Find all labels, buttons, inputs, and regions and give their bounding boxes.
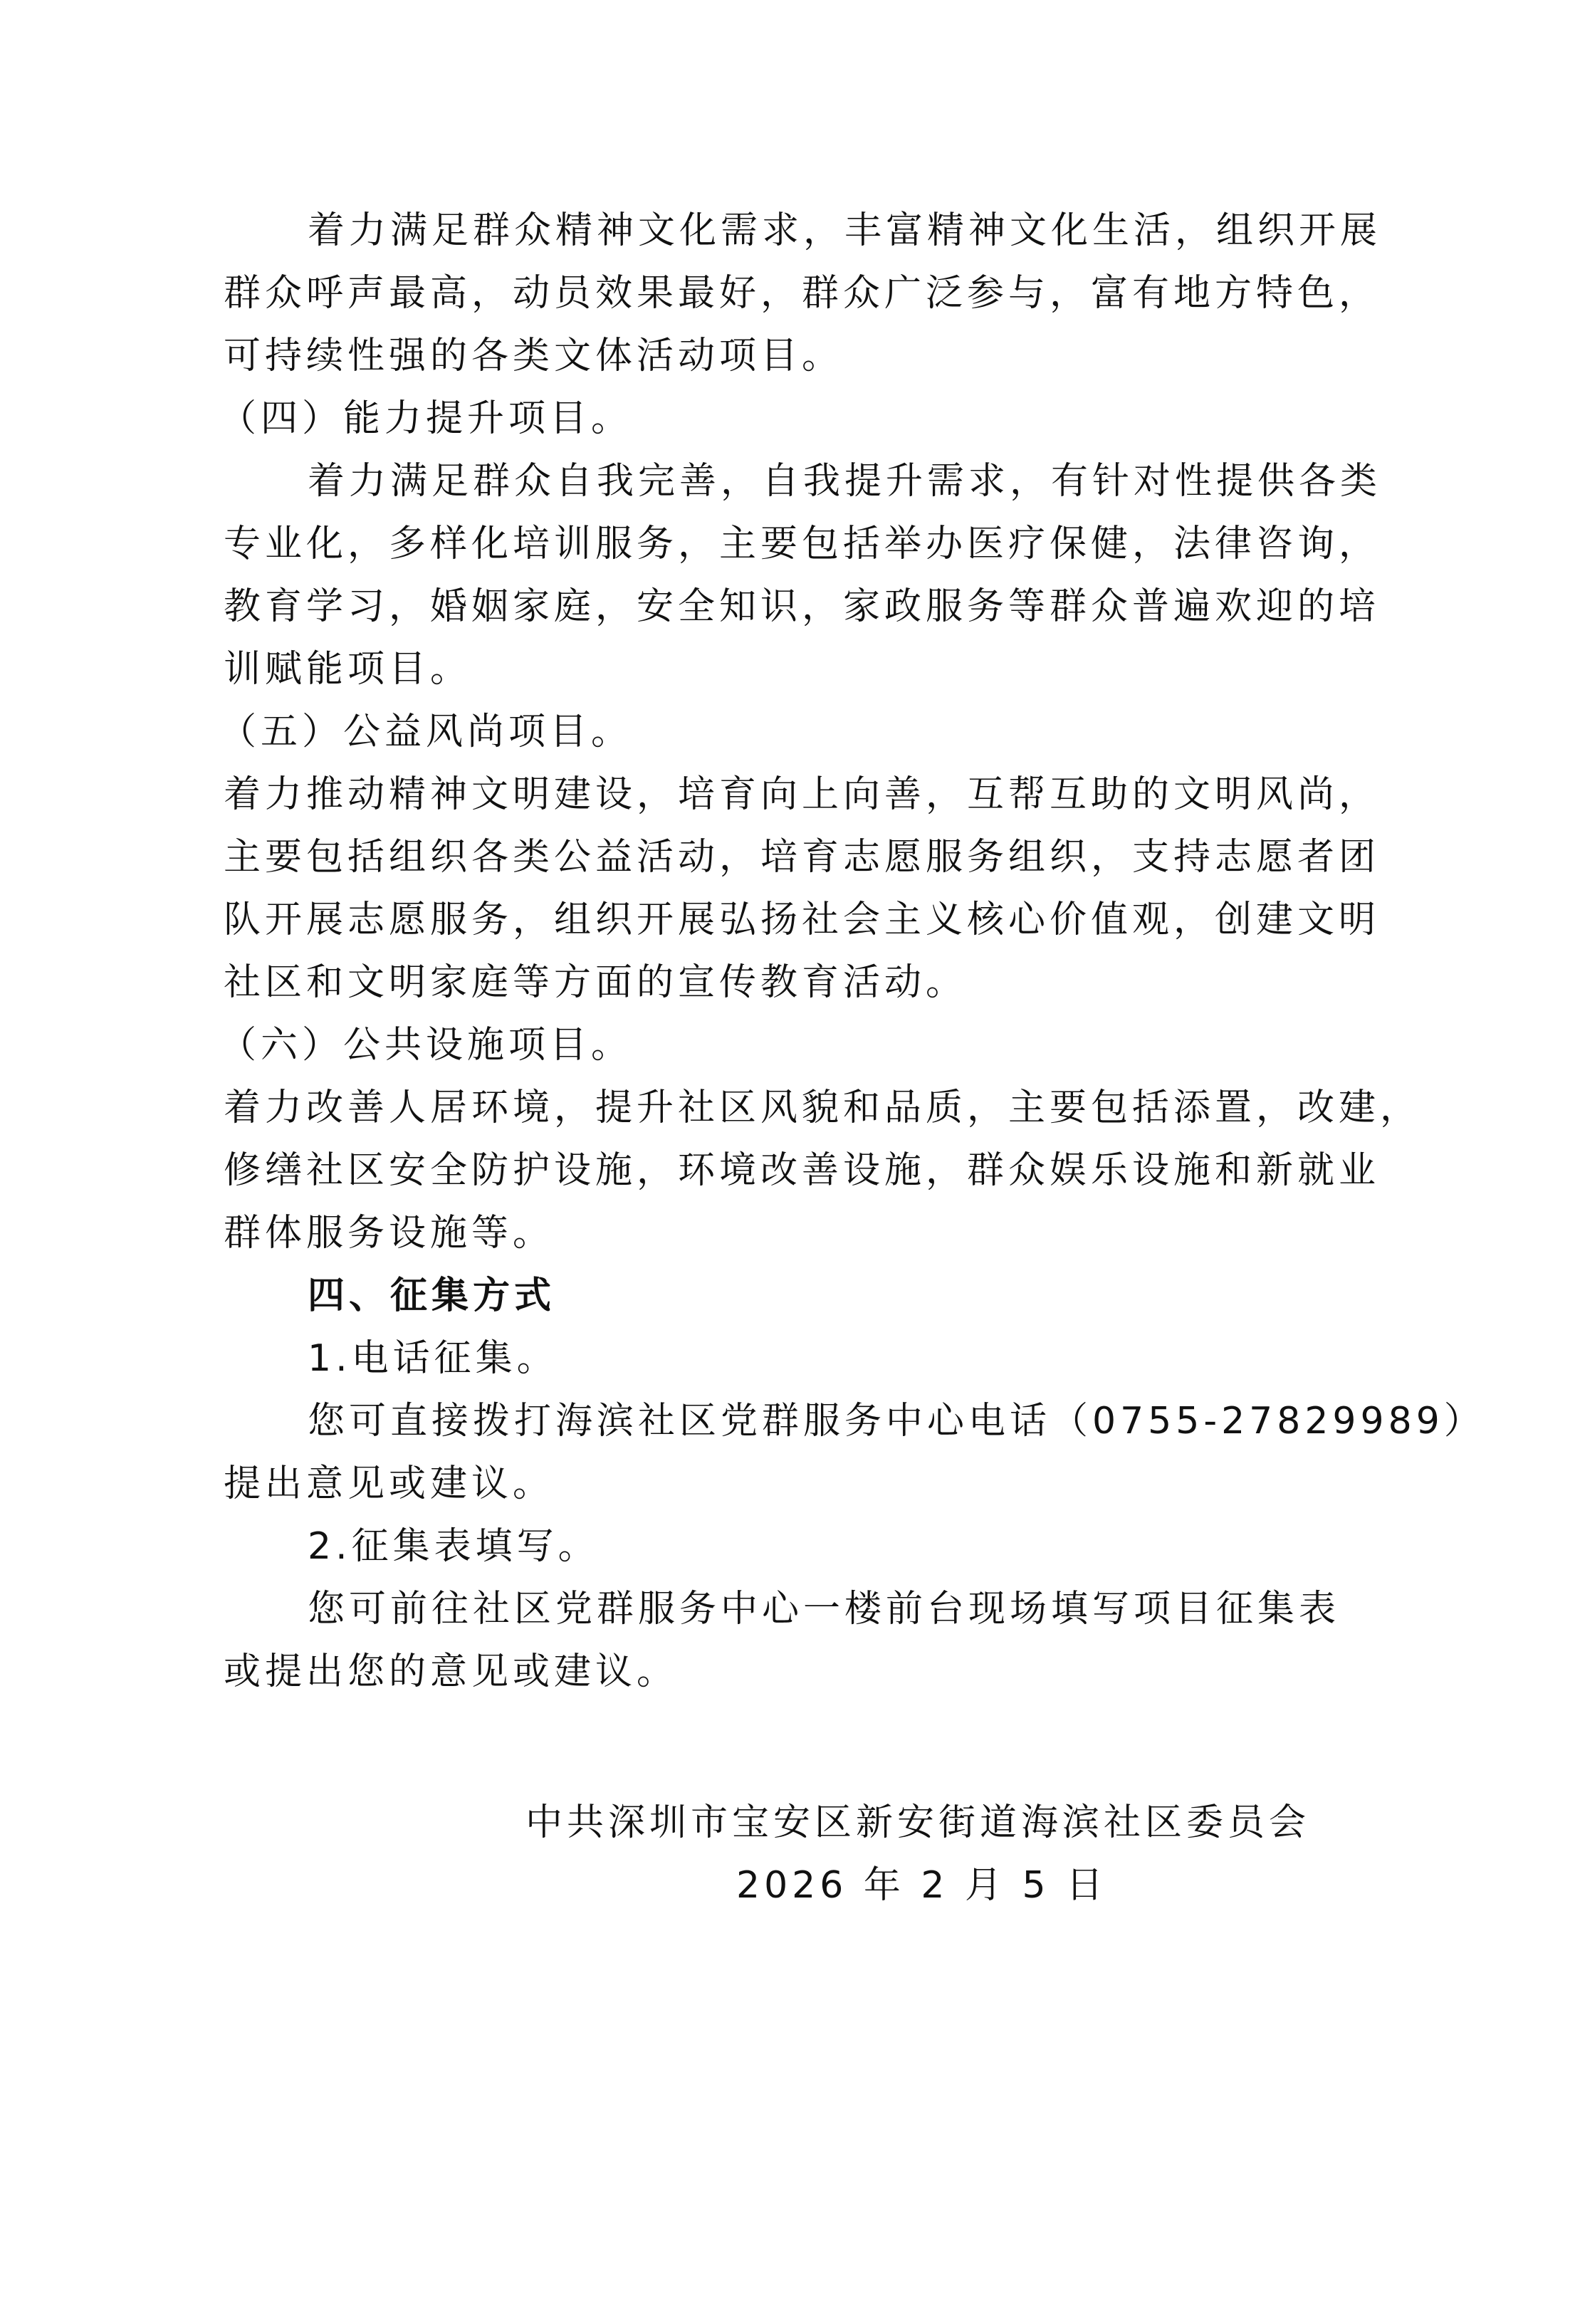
- paragraph-line: 修缮社区安全防护设施，环境改善设施，群众娱乐设施和新就业: [224, 1149, 1380, 1192]
- paragraph-line: 训赋能项目。: [224, 648, 471, 691]
- paragraph-line: 着力改善人居环境，提升社区风貌和品质，主要包括添置，改建，: [224, 1087, 1421, 1129]
- paragraph-line: 主要包括组织各类公益活动，培育志愿服务组织，支持志愿者团: [224, 836, 1380, 879]
- paragraph-line: 着力满足群众自我完善，自我提升需求，有针对性提供各类: [308, 460, 1381, 503]
- paragraph-line: 您可前往社区党群服务中心一楼前台现场填写项目征集表: [308, 1588, 1340, 1631]
- paragraph-line: 群体服务设施等。: [224, 1212, 554, 1255]
- paragraph-line-phone: 您可直接拨打海滨社区党群服务中心电话（0755-27829989）: [308, 1400, 1485, 1443]
- subsection-title-public-facilities: （六）公共设施项目。: [219, 1024, 632, 1067]
- signature-organization: 中共深圳市宝安区新安街道海滨社区委员会: [525, 1801, 1310, 1844]
- document-page: 着力满足群众精神文化需求，丰富精神文化生活，组织开展 群众呼声最高，动员效果最好…: [0, 0, 1575, 2324]
- paragraph-line: 专业化，多样化培训服务，主要包括举办医疗保健，法律咨询，: [224, 523, 1380, 565]
- paragraph-line: 着力满足群众精神文化需求，丰富精神文化生活，组织开展: [308, 209, 1381, 252]
- paragraph-line: 可持续性强的各类文体活动项目。: [224, 335, 843, 377]
- subsection-title-public-welfare: （五）公益风尚项目。: [219, 711, 632, 753]
- method-title-form: 2.征集表填写。: [308, 1525, 600, 1568]
- paragraph-line: 教育学习，婚姻家庭，安全知识，家政服务等群众普遍欢迎的培: [224, 585, 1380, 628]
- paragraph-line: 着力推动精神文明建设，培育向上向善，互帮互助的文明风尚，: [224, 773, 1380, 816]
- section-title-collection-methods: 四、征集方式: [308, 1274, 555, 1317]
- paragraph-line: 社区和文明家庭等方面的宣传教育活动。: [224, 961, 967, 1004]
- subsection-title-capacity: （四）能力提升项目。: [219, 397, 632, 440]
- paragraph-line: 队开展志愿服务，组织开展弘扬社会主义核心价值观，创建文明: [224, 899, 1380, 941]
- method-title-phone: 1.电话征集。: [308, 1337, 558, 1380]
- paragraph-line: 或提出您的意见或建议。: [224, 1650, 678, 1693]
- paragraph-line: 提出意见或建议。: [224, 1462, 554, 1505]
- signature-date: 2026 年 2 月 5 日: [736, 1864, 1107, 1907]
- paragraph-line: 群众呼声最高，动员效果最好，群众广泛参与，富有地方特色，: [224, 272, 1380, 315]
